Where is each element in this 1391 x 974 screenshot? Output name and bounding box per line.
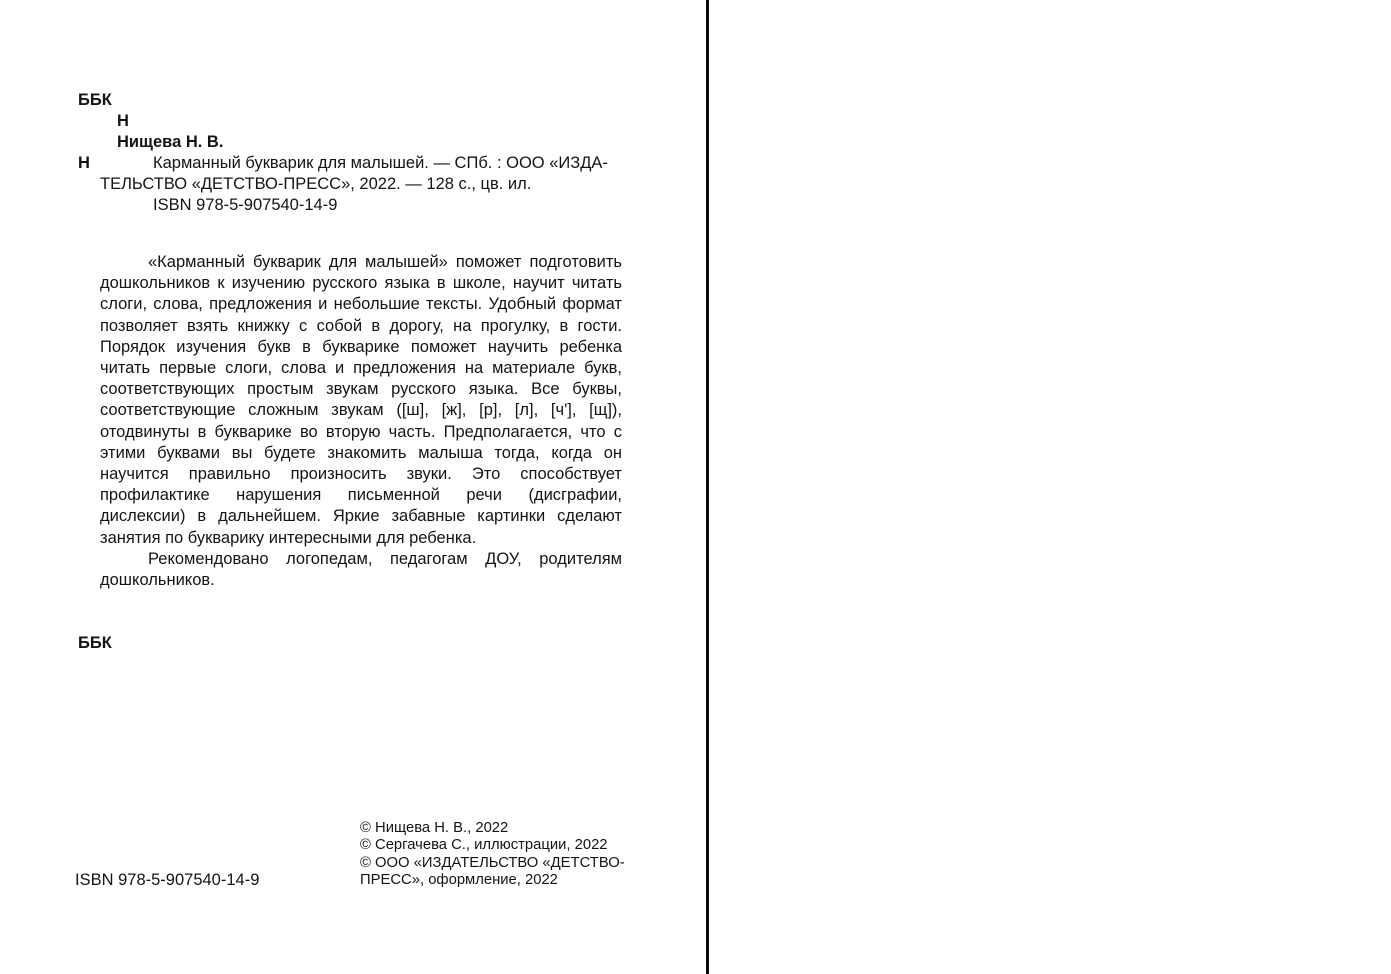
author-name: Нищева Н. В.: [117, 132, 638, 153]
copyright-line: © Сергачева С., иллюстрации, 2022: [360, 837, 632, 854]
copyright-line: © ООО «ИЗДАТЕЛЬСТВО «ДЕТСТВО-: [360, 855, 632, 872]
classification-letter: Н: [117, 111, 638, 132]
bibliographic-record: ББК Н Нищева Н. В. Н Карманный букварик …: [78, 90, 638, 216]
bbk-label-top: ББК: [78, 90, 638, 111]
bbk-label-bottom: ББК: [78, 634, 112, 653]
recommendation-paragraph: Рекомендовано логопедам, педагогам ДОУ, …: [100, 549, 622, 591]
right-page: Уважаемые мамы и папы малышей! Вы хотите…: [709, 0, 1391, 974]
isbn-top: ISBN 978-5-907540-14-9: [153, 195, 638, 216]
biblio-line: ТЕЛЬСТВО «ДЕТСТВО-ПРЕСС», 2022. — 128 с.…: [100, 174, 638, 195]
biblio-line: Карманный букварик для малышей. — СПб. :…: [100, 153, 638, 174]
annotation-block: «Карманный букварик для малышей» поможет…: [100, 252, 622, 591]
isbn-bottom: ISBN 978-5-907540-14-9: [75, 871, 259, 890]
left-page: ББК Н Нищева Н. В. Н Карманный букварик …: [0, 0, 706, 974]
annotation-paragraph: «Карманный букварик для малышей» поможет…: [100, 252, 622, 549]
biblio-entry: Н Карманный букварик для малышей. — СПб.…: [100, 153, 638, 216]
copyright-block: © Нищева Н. В., 2022 © Сергачева С., илл…: [360, 820, 632, 890]
book-spread: { "book_spread": { "left_page": { "bbk_l…: [0, 0, 1391, 974]
copyright-line: © Нищева Н. В., 2022: [360, 820, 632, 837]
copyright-line: ПРЕСС», оформление, 2022: [360, 872, 632, 889]
classification-letter: Н: [78, 153, 90, 174]
